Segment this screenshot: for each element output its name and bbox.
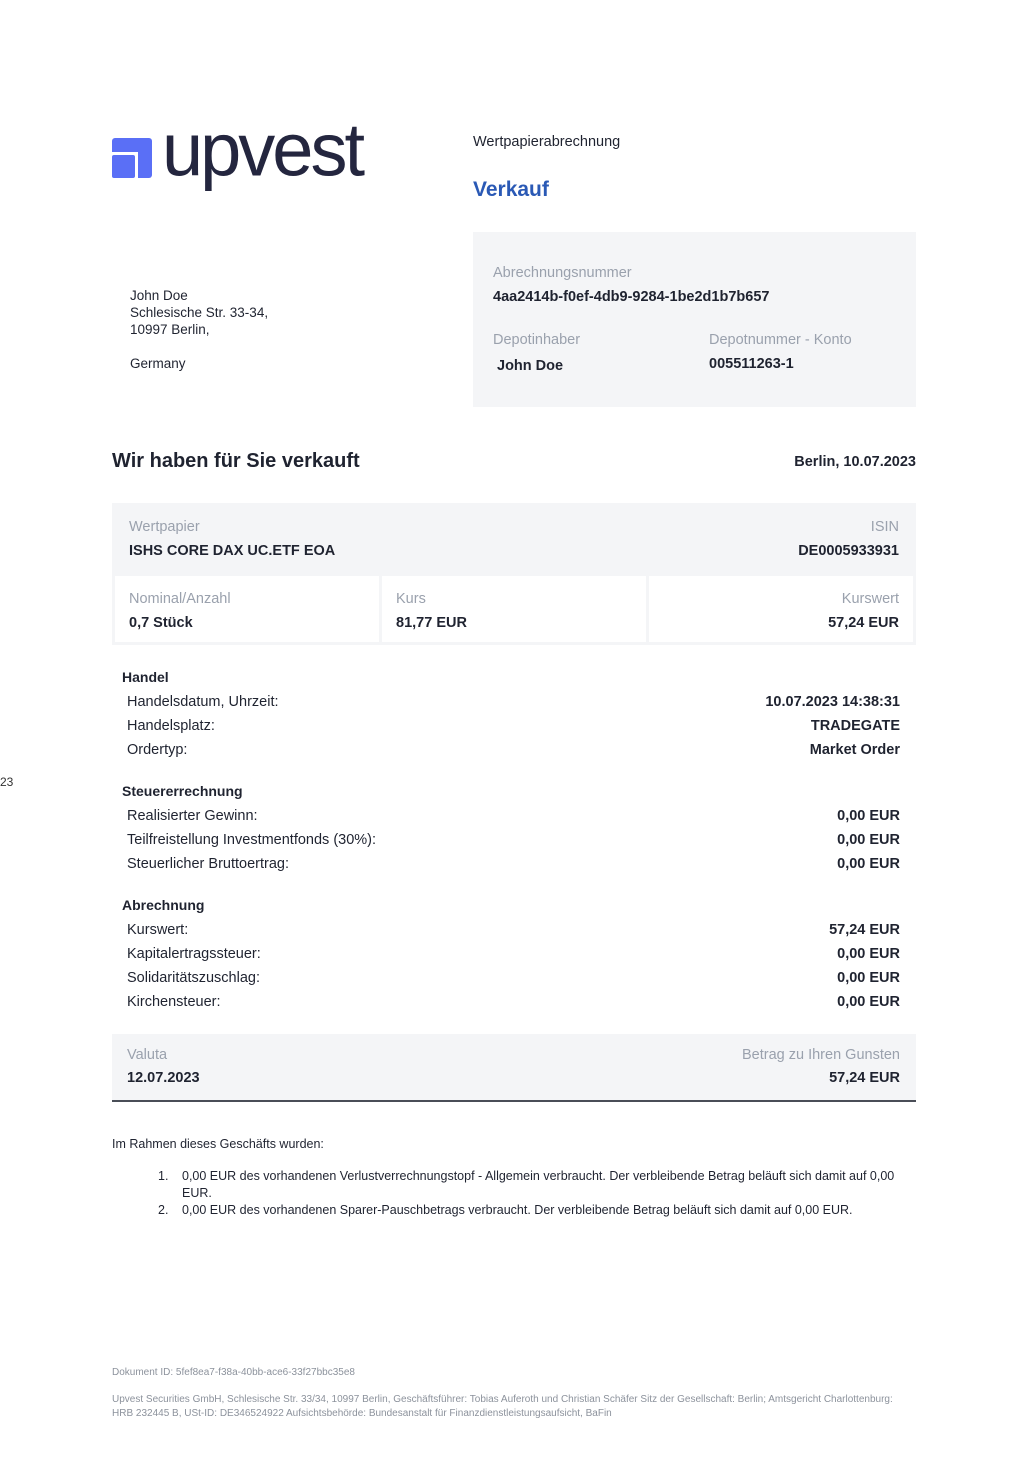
quantity-label: Nominal/Anzahl (129, 591, 231, 607)
section-title: Handel (112, 666, 916, 690)
row-label: Kurswert: (112, 918, 188, 942)
quantity-cell: Nominal/Anzahl 0,7 Stück (115, 576, 379, 642)
row-value: Market Order (810, 738, 916, 762)
section-title: Abrechnung (112, 894, 916, 918)
detail-row: Kirchensteuer:0,00 EUR (112, 990, 916, 1014)
section-handel: Handel Handelsdatum, Uhrzeit:10.07.2023 … (112, 666, 916, 762)
list-item: 1.0,00 EUR des vorhandenen Verlustverrec… (158, 1168, 918, 1202)
settlement-number-label: Abrechnungsnummer (493, 265, 632, 281)
detail-row: Steuerlicher Bruttoertrag:0,00 EUR (112, 852, 916, 876)
transaction-kind: Verkauf (473, 178, 549, 202)
recipient-address: John Doe Schlesische Str. 33-34, 10997 B… (130, 287, 268, 372)
detail-row: Kurswert:57,24 EUR (112, 918, 916, 942)
address-line: Schlesische Str. 33-34, (130, 304, 268, 321)
address-country: Germany (130, 355, 268, 372)
settlement-number: 4aa2414b-f0ef-4db9-9284-1be2d1b7b657 (493, 289, 769, 305)
holder-name: John Doe (497, 358, 563, 374)
row-value: 0,00 EUR (837, 942, 916, 966)
detail-row: Ordertyp:Market Order (112, 738, 916, 762)
document-id: Dokument ID: 5fef8ea7-f38a-40bb-ace6-33f… (112, 1367, 355, 1378)
value-date-label: Valuta (127, 1047, 167, 1063)
margin-mark: 23 (0, 775, 13, 789)
row-value: 57,24 EUR (829, 918, 916, 942)
detail-row: Solidaritätszuschlag:0,00 EUR (112, 966, 916, 990)
price-value: 81,77 EUR (396, 615, 467, 631)
security-name: ISHS CORE DAX UC.ETF EOA (129, 543, 335, 559)
document-type: Wertpapierabrechnung (473, 134, 620, 150)
list-text: 0,00 EUR des vorhandenen Sparer-Pauschbe… (182, 1202, 853, 1219)
quantity-value: 0,7 Stück (129, 615, 193, 631)
legal-footer: Upvest Securities GmbH, Schlesische Str.… (112, 1393, 912, 1421)
detail-row: Teilfreistellung Investmentfonds (30%):0… (112, 828, 916, 852)
row-value: 0,00 EUR (837, 804, 916, 828)
row-label: Handelsdatum, Uhrzeit: (112, 690, 279, 714)
row-value: 10.07.2023 14:38:31 (765, 690, 916, 714)
row-label: Solidaritätszuschlag: (112, 966, 260, 990)
detail-row: Handelsplatz:TRADEGATE (112, 714, 916, 738)
detail-row: Realisierter Gewinn:0,00 EUR (112, 804, 916, 828)
row-value: 0,00 EUR (837, 828, 916, 852)
holder-label: Depotinhaber (493, 332, 580, 348)
isin-value: DE0005933931 (798, 543, 899, 559)
address-line: 10997 Berlin, (130, 321, 268, 338)
upvest-square-mark-icon (112, 138, 152, 178)
row-label: Kirchensteuer: (112, 990, 221, 1014)
settlement-summary: Valuta 12.07.2023 Betrag zu Ihren Gunste… (112, 1034, 916, 1102)
market-value: 57,24 EUR (828, 615, 899, 631)
amount-value: 57,24 EUR (829, 1070, 900, 1086)
row-value: 0,00 EUR (837, 966, 916, 990)
row-label: Teilfreistellung Investmentfonds (30%): (112, 828, 376, 852)
security-name-label: Wertpapier (129, 519, 200, 535)
price-cell: Kurs 81,77 EUR (382, 576, 646, 642)
place-date: Berlin, 10.07.2023 (794, 454, 916, 470)
address-line: John Doe (130, 287, 268, 304)
row-value: 0,00 EUR (837, 990, 916, 1014)
detail-row: Kapitalertragssteuer:0,00 EUR (112, 942, 916, 966)
row-label: Ordertyp: (112, 738, 187, 762)
section-title: Steuererrechnung (112, 780, 916, 804)
notes-list: 1.0,00 EUR des vorhandenen Verlustverrec… (158, 1168, 918, 1219)
notes-intro: Im Rahmen dieses Geschäfts wurden: (112, 1137, 324, 1151)
value-date: 12.07.2023 (127, 1070, 200, 1086)
row-label: Handelsplatz: (112, 714, 215, 738)
section-settlement: Abrechnung Kurswert:57,24 EUR Kapitalert… (112, 894, 916, 1014)
security-box: Wertpapier ISHS CORE DAX UC.ETF EOA ISIN… (112, 503, 916, 645)
row-value: 0,00 EUR (837, 852, 916, 876)
isin-label: ISIN (871, 519, 899, 535)
list-text: 0,00 EUR des vorhandenen Verlustverrechn… (182, 1168, 918, 1202)
account-label: Depotnummer - Konto (709, 332, 852, 348)
list-item: 2.0,00 EUR des vorhandenen Sparer-Pausch… (158, 1202, 918, 1219)
row-label: Steuerlicher Bruttoertrag: (112, 852, 289, 876)
row-label: Kapitalertragssteuer: (112, 942, 261, 966)
market-value-cell: Kurswert 57,24 EUR (649, 576, 913, 642)
row-value: TRADEGATE (811, 714, 916, 738)
row-label: Realisierter Gewinn: (112, 804, 258, 828)
price-label: Kurs (396, 591, 426, 607)
upvest-logo: upvest (112, 112, 362, 187)
list-number: 2. (158, 1202, 182, 1219)
brand-name: upvest (162, 112, 362, 187)
section-tax: Steuererrechnung Realisierter Gewinn:0,0… (112, 780, 916, 876)
page-title: Wir haben für Sie verkauft (112, 450, 360, 473)
detail-row: Handelsdatum, Uhrzeit:10.07.2023 14:38:3… (112, 690, 916, 714)
amount-label: Betrag zu Ihren Gunsten (742, 1047, 900, 1063)
market-value-label: Kurswert (842, 591, 899, 607)
details: Handel Handelsdatum, Uhrzeit:10.07.2023 … (112, 666, 916, 1032)
account-info-box: Abrechnungsnummer 4aa2414b-f0ef-4db9-928… (473, 232, 916, 407)
list-number: 1. (158, 1168, 182, 1202)
account-number: 005511263-1 (709, 356, 794, 372)
